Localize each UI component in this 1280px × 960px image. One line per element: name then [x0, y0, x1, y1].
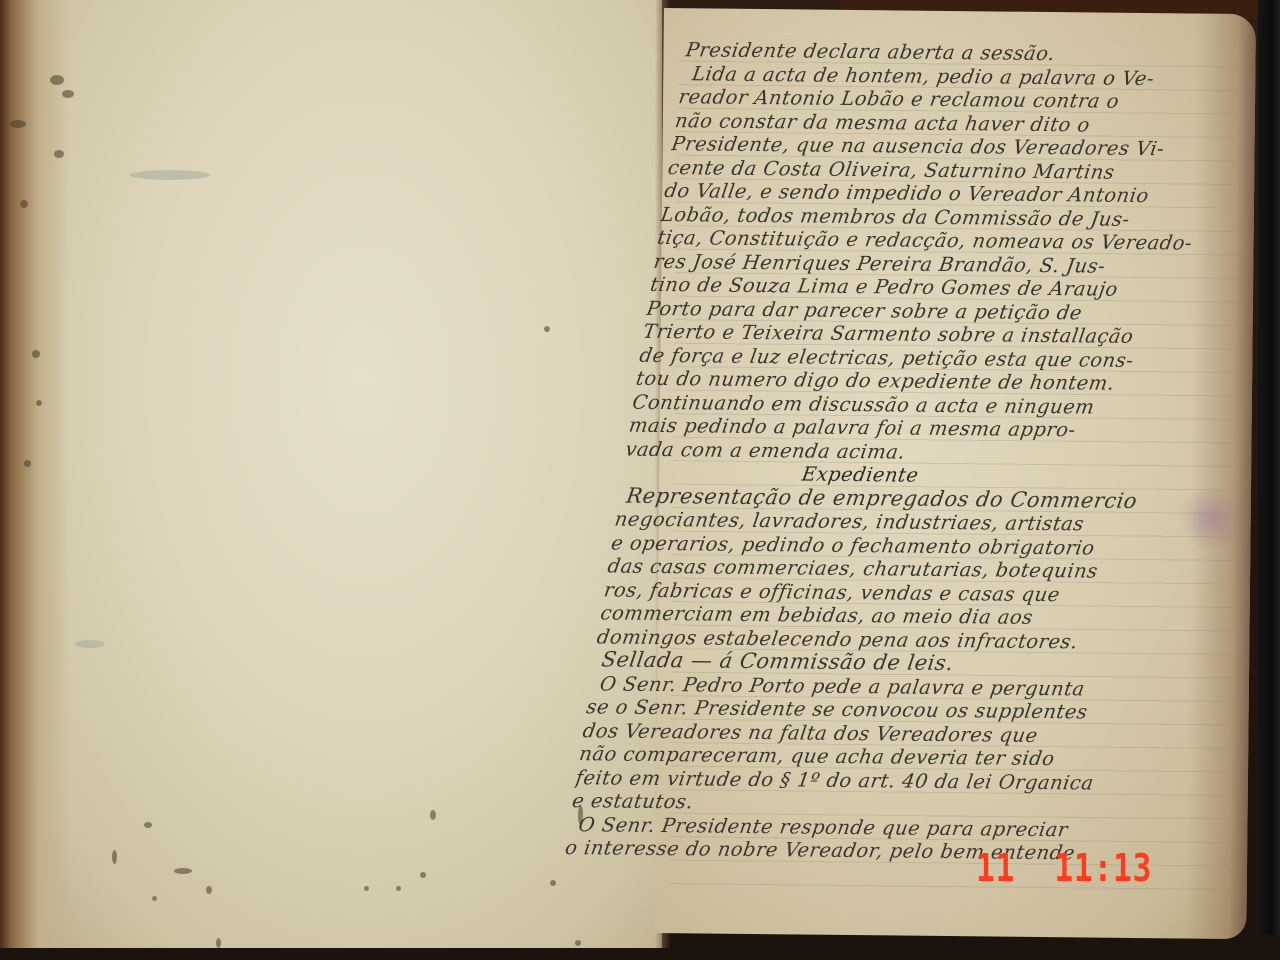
stain-spot: [152, 896, 157, 901]
water-mark: [75, 640, 105, 648]
stain-spot: [550, 880, 556, 886]
stain-spot: [54, 150, 64, 158]
stain-spot: [10, 120, 26, 128]
stain-spot: [144, 822, 152, 828]
stain-spot: [32, 350, 40, 358]
stain-spot: [174, 868, 192, 874]
left-page-edge-damage: [0, 0, 70, 948]
photo-scene: Presidente declara aberta a sessão. Lida…: [0, 0, 1280, 960]
water-mark: [130, 170, 210, 180]
right-page-manuscript: Presidente declara aberta a sessão. Lida…: [654, 8, 1256, 939]
stain-spot: [36, 400, 42, 406]
stain-spot: [112, 850, 117, 864]
stain-spot: [575, 940, 581, 946]
stain-spot: [420, 872, 426, 878]
stain-spot: [206, 886, 212, 894]
stain-spot: [24, 460, 31, 467]
stain-spot: [396, 886, 401, 891]
stain-spot: [216, 938, 221, 948]
stain-spot: [62, 90, 74, 98]
camera-datestamp: 11 11:13: [976, 846, 1152, 890]
stain-spot: [364, 886, 369, 891]
stain-spot: [20, 200, 28, 208]
stain-spot: [544, 326, 550, 332]
left-page-blank: [0, 0, 662, 948]
ink-stain: [1180, 483, 1241, 554]
stain-spot: [430, 810, 436, 820]
book-cover-right-edge: [1258, 0, 1280, 960]
stain-spot: [50, 75, 64, 85]
